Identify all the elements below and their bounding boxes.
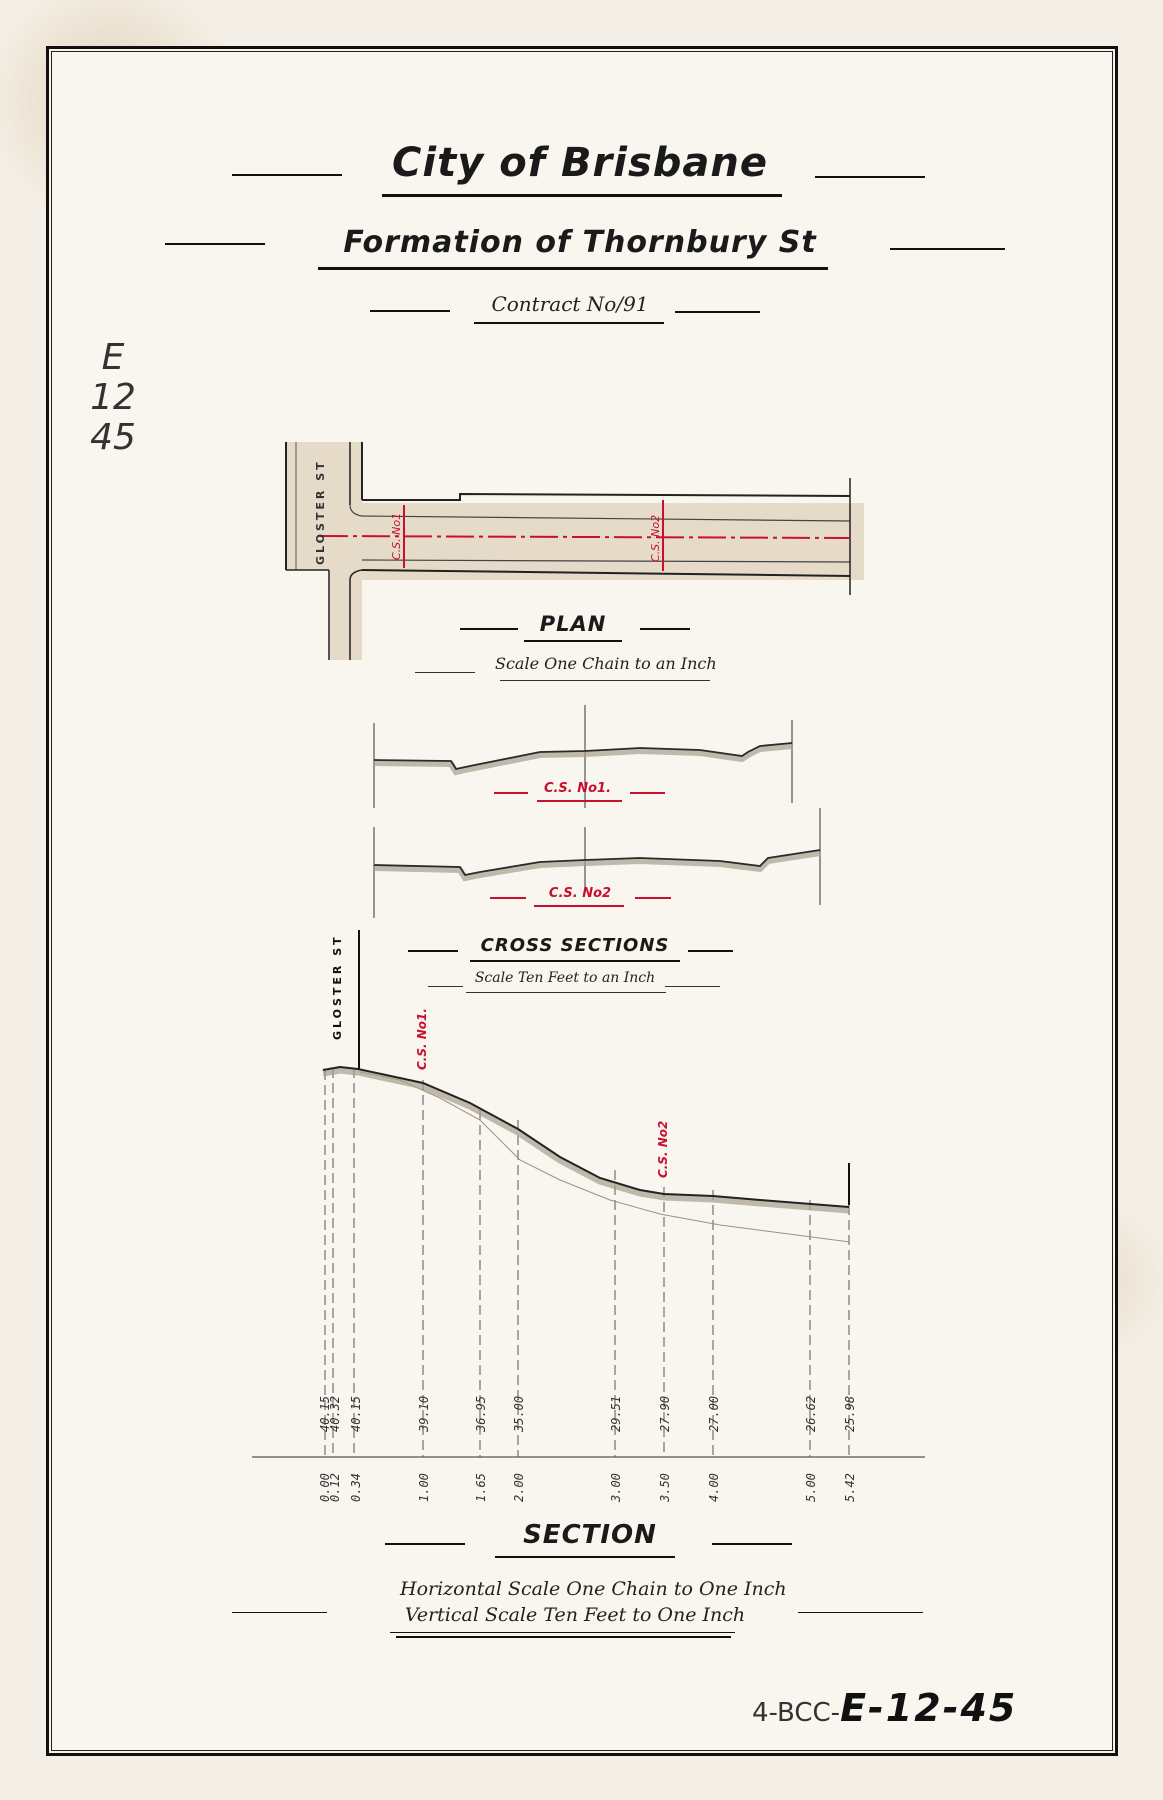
chainage-label: 5.42 [843,1473,857,1502]
section-scale-dash-right [798,1612,923,1613]
section-underline [495,1556,675,1558]
chainage-label: 3.50 [658,1473,672,1502]
reference-prefix: 4-BCC- [752,1698,840,1728]
elevation-label: 27.00 [707,1396,721,1432]
elevation-label: 36.95 [474,1396,488,1432]
chainage-label: 4.00 [707,1473,721,1502]
section-cs1-marker: C.S. No1. [415,1008,429,1070]
drawing-reference: 4-BCC-E-12-45 [752,1686,1017,1730]
chainage-label: 0.12 [328,1473,342,1502]
elevation-label: 35.00 [512,1396,526,1432]
reference-code: E-12-45 [840,1686,1017,1730]
section-dash-right [712,1543,792,1545]
section-scale-underline-2 [396,1636,731,1638]
elevation-label: 25.98 [843,1396,857,1432]
section-heading: SECTION [495,1520,685,1550]
elevation-label: 29.51 [609,1396,623,1432]
chainage-label: 0.34 [349,1473,363,1502]
section-scale-dash-left [232,1612,327,1613]
chainage-label: 1.65 [474,1473,488,1502]
chainage-label: 1.00 [417,1473,431,1502]
section-scale-underline [390,1632,735,1633]
elevation-label: 39.10 [417,1396,431,1432]
section-cs2-marker: C.S. No2 [656,1121,670,1178]
chainage-label: 2.00 [512,1473,526,1502]
section-street-label: GLOSTER ST [331,934,344,1040]
section-dash-left [385,1543,465,1545]
elevation-label: 27.90 [658,1396,672,1432]
elevation-label: 40.15 [349,1396,363,1432]
section-horizontal-scale: Horizontal Scale One Chain to One Inch [400,1578,750,1600]
elevation-label: 26.62 [804,1396,818,1432]
chainage-label: 5.00 [804,1473,818,1502]
chainage-label: 3.00 [609,1473,623,1502]
section-vertical-scale: Vertical Scale Ten Feet to One Inch [400,1604,750,1626]
elevation-label: 40.32 [328,1396,342,1432]
